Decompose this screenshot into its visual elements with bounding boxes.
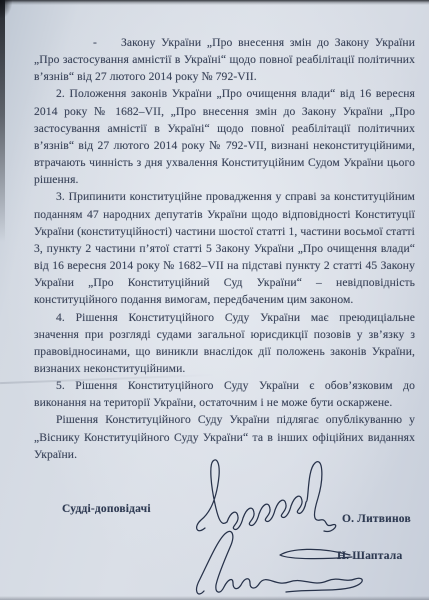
photo-edge-bottom <box>0 596 429 600</box>
document-photo: -Закону України „Про внесення змін до За… <box>0 0 429 600</box>
paragraph: 2. Положення законів України „Про очищен… <box>34 85 415 188</box>
photo-edge-left <box>0 0 5 255</box>
paragraph: Рішення Конституційного Суду України під… <box>34 411 415 462</box>
signature-litvinov <box>193 450 343 542</box>
document-body: -Закону України „Про внесення змін до За… <box>34 34 415 463</box>
photo-corner-shadow <box>0 0 12 18</box>
paragraph: 3. Припинити конституційне провадження у… <box>34 188 415 308</box>
signer-name: Н. Шаптала <box>337 550 402 562</box>
paragraph: 5. Рішення Конституційного Суду України … <box>34 377 415 411</box>
photo-edge-top <box>0 0 429 5</box>
paragraph: -Закону України „Про внесення змін до За… <box>34 34 415 85</box>
dash-marker: - <box>93 36 97 49</box>
signature-block-label: Судді-доповідачі <box>62 503 151 515</box>
signature-shaptala <box>190 527 375 600</box>
signer-name: О. Литвинов <box>342 513 411 525</box>
paragraph: 4. Рішення Конституційного Суду України … <box>34 309 415 378</box>
